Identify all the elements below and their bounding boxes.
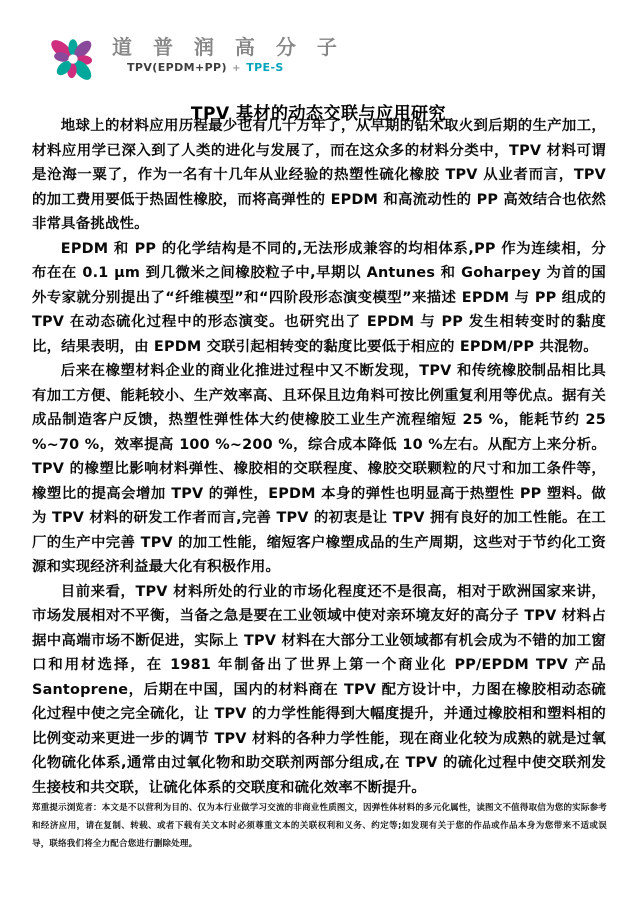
brand-tagline-main: TPV(EPDM+PP) <box>127 61 227 74</box>
article-paragraph: EPDM 和 PP 的化学结构是不同的,无法形成兼容的均相体系,PP 作为连续相… <box>32 237 606 360</box>
brand-tagline: TPV(EPDM+PP) + TPE-S <box>112 61 344 74</box>
brand-header: 道 普 润 高 分 子 TPV(EPDM+PP) + TPE-S <box>44 30 344 88</box>
footer-disclaimer: 郑重提示浏览者：本文是不以营利为目的、仅为本行业做学习交流的非商业性质图文，因弹… <box>32 799 607 853</box>
brand-tagline-accent: TPE-S <box>246 61 284 74</box>
brand-name: 道 普 润 高 分 子 <box>112 36 344 58</box>
flower-logo-icon <box>44 30 102 88</box>
brand-text-block: 道 普 润 高 分 子 TPV(EPDM+PP) + TPE-S <box>112 30 344 74</box>
article-body: 地球上的材料应用历程最少也有几十万年了，从早期的钻木取火到后期的生产加工，材料应… <box>32 114 606 800</box>
article-paragraph: 目前来看，TPV 材料所处的行业的市场化程度还不是很高，相对于欧洲国家来讲，市场… <box>32 580 606 801</box>
article-paragraph: 地球上的材料应用历程最少也有几十万年了，从早期的钻木取火到后期的生产加工，材料应… <box>32 114 606 237</box>
brand-tagline-plus: + <box>231 63 242 74</box>
article-paragraph: 后来在橡塑材料企业的商业化推进过程中又不断发现，TPV 和传统橡胶制品相比具有加… <box>32 359 606 580</box>
document-page: 道 普 润 高 分 子 TPV(EPDM+PP) + TPE-S TPV 基材的… <box>0 0 637 900</box>
